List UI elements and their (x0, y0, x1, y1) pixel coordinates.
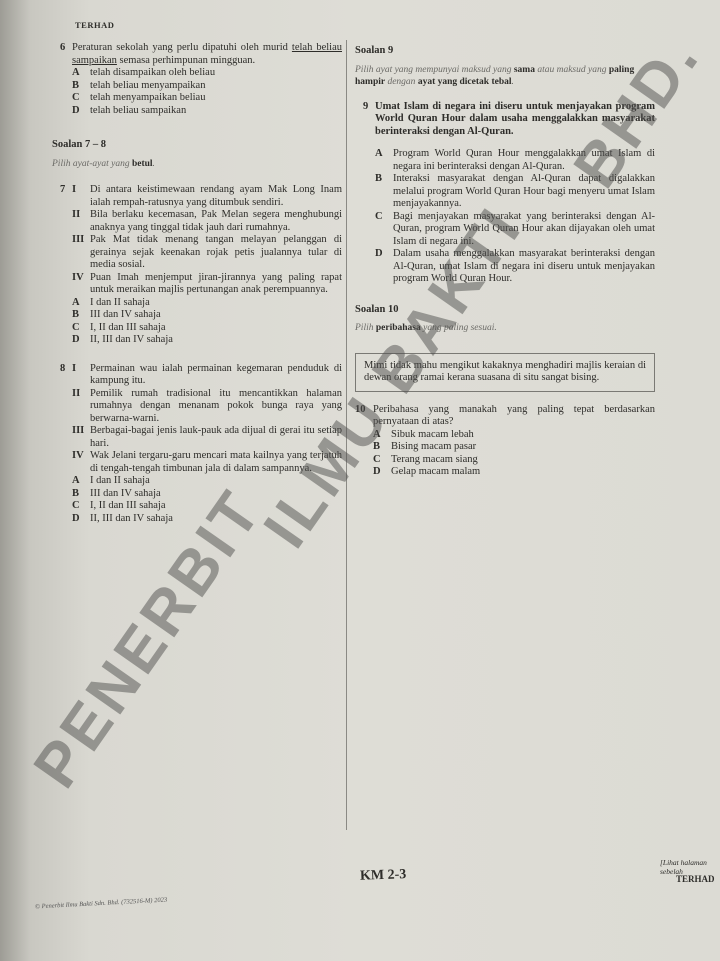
option-text: Terang macam siang (391, 454, 655, 467)
option-b: BIII dan IV sahaja (72, 309, 342, 322)
option-label: B (373, 441, 391, 454)
option-d: DII, III dan IV sahaja (72, 334, 342, 347)
question-stem: Umat Islam di negara ini diseru untuk me… (375, 101, 655, 139)
option-text: telah menyampaikan beliau (90, 92, 342, 105)
section-instruction-10: Pilih peribahasa yang paling sesuai. (355, 322, 655, 335)
statement-text: Wak Jelani tergaru-garu mencari mata kai… (90, 450, 342, 475)
option-d: DDalam usaha menggalakkan masyarakat ber… (375, 248, 655, 286)
option-text: telah beliau menyampaikan (90, 80, 342, 93)
statement-iii: IIIPak Mat tidak menang tangan melayan p… (72, 234, 342, 272)
statement-numeral: IV (72, 272, 90, 297)
column-divider (346, 40, 347, 830)
option-label: A (72, 475, 90, 488)
option-label: B (375, 173, 393, 211)
passage-box: Mimi tidak mahu mengikut kakaknya mengha… (355, 353, 655, 392)
option-label: D (72, 513, 90, 526)
option-text: Bagi menjayakan masyarakat yang berinter… (393, 211, 655, 249)
q8-options: AI dan II sahajaBIII dan IV sahajaCI, II… (72, 475, 342, 525)
section-title-10: Soalan 10 (355, 304, 655, 317)
statement-iv: IVPuan Imah menjemput jiran-jirannya yan… (72, 272, 342, 297)
statement-i: IPermainan wau ialah permainan kegemaran… (72, 363, 342, 388)
question-stem: Peribahasa yang manakah yang paling tepa… (373, 404, 655, 429)
q7-options: AI dan II sahajaBIII dan IV sahajaCI, II… (72, 297, 342, 347)
q9-options: AProgram World Quran Hour menggalakkan u… (375, 148, 655, 286)
question-7: 7 IDi antara keistimewaan rendang ayam M… (60, 184, 342, 347)
question-number: 9 (363, 101, 375, 286)
option-label: A (72, 297, 90, 310)
option-c: CI, II dan III sahaja (72, 500, 342, 513)
option-d: DGelap macam malam (373, 466, 655, 479)
option-label: C (375, 211, 393, 249)
option-text: III dan IV sahaja (90, 309, 342, 322)
question-8: 8 IPermainan wau ialah permainan kegemar… (60, 363, 342, 526)
option-label: B (72, 309, 90, 322)
option-text: I dan II sahaja (90, 475, 342, 488)
option-label: C (373, 454, 391, 467)
statement-numeral: I (72, 363, 90, 388)
option-b: BInteraksi masyarakat dengan Al-Quran da… (375, 173, 655, 211)
question-number: 7 (60, 184, 72, 347)
statement-iv: IVWak Jelani tergaru-garu mencari mata k… (72, 450, 342, 475)
statement-text: Puan Imah menjemput jiran-jirannya yang … (90, 272, 342, 297)
q8-statements: IPermainan wau ialah permainan kegemaran… (72, 363, 342, 476)
option-a: AProgram World Quran Hour menggalakkan u… (375, 148, 655, 173)
q7-statements: IDi antara keistimewaan rendang ayam Mak… (72, 184, 342, 297)
question-number: 10 (355, 404, 373, 479)
option-d: Dtelah beliau sampaikan (72, 105, 342, 118)
question-stem: Peraturan sekolah yang perlu dipatuhi ol… (72, 42, 342, 67)
statement-text: Di antara keistimewaan rendang ayam Mak … (90, 184, 342, 209)
statement-ii: IIPemilik rumah tradisional itu mencanti… (72, 388, 342, 426)
section-title-7-8: Soalan 7 – 8 (52, 139, 342, 152)
option-text: telah disampaikan oleh beliau (90, 67, 342, 80)
option-text: I, II dan III sahaja (90, 500, 342, 513)
section-instruction-9: Pilih ayat yang mempunyai maksud yang sa… (355, 64, 655, 89)
option-label: A (72, 67, 90, 80)
statement-numeral: II (72, 209, 90, 234)
option-text: II, III dan IV sahaja (90, 513, 342, 526)
q6-options: Atelah disampaikan oleh beliauBtelah bel… (72, 67, 342, 117)
option-label: D (375, 248, 393, 286)
option-c: CBagi menjayakan masyarakat yang berinte… (375, 211, 655, 249)
option-a: AI dan II sahaja (72, 475, 342, 488)
section-title-9: Soalan 9 (355, 45, 655, 58)
option-text: Program World Quran Hour menggalakkan um… (393, 148, 655, 173)
option-text: Dalam usaha menggalakkan masyarakat beri… (393, 248, 655, 286)
question-9: 9 Umat Islam di negara ini diseru untuk … (363, 101, 655, 286)
option-text: Interaksi masyarakat dengan Al-Quran dap… (393, 173, 655, 211)
option-c: Ctelah menyampaikan beliau (72, 92, 342, 105)
question-number: 6 (60, 42, 72, 117)
statement-text: Pak Mat tidak menang tangan melayan pela… (90, 234, 342, 272)
statement-numeral: III (72, 234, 90, 272)
q10-options: ASibuk macam lebahBBising macam pasarCTe… (373, 429, 655, 479)
question-6: 6 Peraturan sekolah yang perlu dipatuhi … (60, 42, 342, 117)
watermark-penerbit: PENERBIT (20, 477, 276, 801)
section-instruction-7-8: Pilih ayat-ayat yang betul. (52, 158, 342, 171)
statement-numeral: IV (72, 450, 90, 475)
option-label: C (72, 322, 90, 335)
copyright-notice: © Penerbit Ilmu Bakti Sdn. Bhd. (732516-… (35, 897, 167, 911)
option-a: Atelah disampaikan oleh beliau (72, 67, 342, 80)
option-b: Btelah beliau menyampaikan (72, 80, 342, 93)
option-text: Bising macam pasar (391, 441, 655, 454)
option-label: D (373, 466, 391, 479)
statement-text: Bila berlaku kecemasan, Pak Melan segera… (90, 209, 342, 234)
statement-text: Permainan wau ialah permainan kegemaran … (90, 363, 342, 388)
option-label: A (373, 429, 391, 442)
option-text: III dan IV sahaja (90, 488, 342, 501)
exam-page: TERHAD 6 Peraturan sekolah yang perlu di… (0, 0, 720, 961)
option-b: BIII dan IV sahaja (72, 488, 342, 501)
question-10: 10 Peribahasa yang manakah yang paling t… (355, 404, 655, 479)
option-d: DII, III dan IV sahaja (72, 513, 342, 526)
option-label: D (72, 334, 90, 347)
option-label: B (72, 80, 90, 93)
option-text: telah beliau sampaikan (90, 105, 342, 118)
option-c: CTerang macam siang (373, 454, 655, 467)
statement-i: IDi antara keistimewaan rendang ayam Mak… (72, 184, 342, 209)
option-label: C (72, 500, 90, 513)
option-label: A (375, 148, 393, 173)
statement-text: Berbagai-bagai jenis lauk-pauk ada dijua… (90, 425, 342, 450)
statement-numeral: I (72, 184, 90, 209)
option-text: II, III dan IV sahaja (90, 334, 342, 347)
question-number: 8 (60, 363, 72, 526)
option-label: C (72, 92, 90, 105)
option-label: D (72, 105, 90, 118)
option-label: B (72, 488, 90, 501)
statement-ii: IIBila berlaku kecemasan, Pak Melan sege… (72, 209, 342, 234)
option-text: I, II dan III sahaja (90, 322, 342, 335)
option-a: ASibuk macam lebah (373, 429, 655, 442)
page-code: KM 2-3 (360, 867, 407, 885)
option-text: I dan II sahaja (90, 297, 342, 310)
option-b: BBising macam pasar (373, 441, 655, 454)
option-text: Gelap macam malam (391, 466, 655, 479)
option-a: AI dan II sahaja (72, 297, 342, 310)
statement-numeral: II (72, 388, 90, 426)
footer-running-title: TERHAD (676, 874, 715, 884)
statement-numeral: III (72, 425, 90, 450)
statement-iii: IIIBerbagai-bagai jenis lauk-pauk ada di… (72, 425, 342, 450)
left-column: 6 Peraturan sekolah yang perlu dipatuhi … (60, 42, 342, 525)
option-text: Sibuk macam lebah (391, 429, 655, 442)
statement-text: Pemilik rumah tradisional itu mencantikk… (90, 388, 342, 426)
option-c: CI, II dan III sahaja (72, 322, 342, 335)
running-title: TERHAD (75, 20, 114, 30)
right-column: Soalan 9 Pilih ayat yang mempunyai maksu… (355, 45, 655, 479)
